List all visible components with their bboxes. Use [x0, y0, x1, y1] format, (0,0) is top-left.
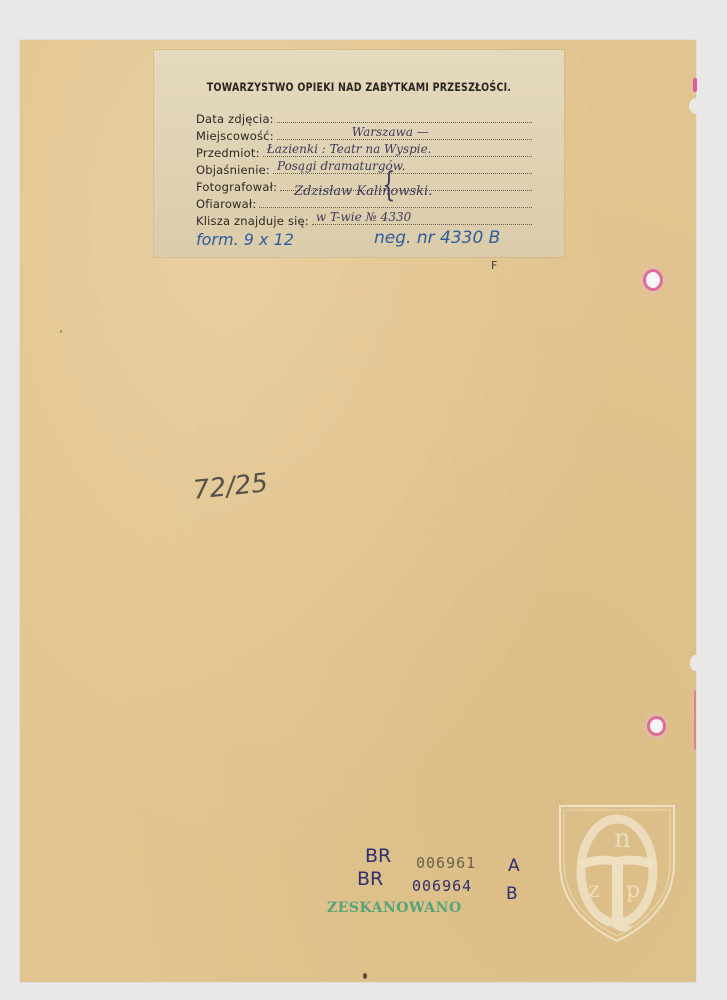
field-label: Miejscowość:	[196, 129, 274, 143]
field-label: Klisza znajduje się:	[196, 214, 309, 228]
stamp-suffix: B	[506, 884, 518, 904]
field-label: Data zdjęcia:	[196, 112, 274, 126]
punch-hole	[646, 272, 660, 288]
field-value: Łazienki : Teatr na Wyspie.	[267, 142, 432, 156]
br-handwritten-prefix: BR	[365, 845, 391, 867]
field-subject: Przedmiot: Łazienki : Teatr na Wyspie.	[196, 144, 532, 160]
edge-notch-bottom	[690, 655, 700, 671]
svg-text:z: z	[588, 878, 600, 903]
pink-edge-mark	[694, 690, 696, 750]
punch-hole	[650, 719, 663, 733]
pink-edge-mark	[693, 78, 697, 92]
field-label: Ofiarował:	[196, 197, 256, 211]
br-handwritten-prefix: BR	[357, 868, 383, 890]
label-title: TOWARZYSTWO OPIEKI NAD ZABYTKAMI PRZESZŁ…	[191, 80, 527, 94]
edge-notch-top	[689, 98, 703, 114]
field-donor: Ofiarował:	[196, 195, 532, 211]
svg-text:n: n	[614, 824, 631, 854]
field-negative-location: Klisza znajduje się: w T-wie № 4330	[196, 212, 532, 228]
stamp-suffix: A	[508, 856, 520, 876]
ink-speck	[60, 330, 62, 333]
ink-speck	[363, 973, 367, 979]
scanned-stamp: ZESKANOWANO	[327, 900, 462, 916]
field-label: Objaśnienie:	[196, 163, 270, 177]
stamp-number: 006961	[416, 854, 476, 872]
brace-mark: {	[382, 168, 395, 202]
field-location: Miejscowość: Warszawa —	[196, 127, 532, 143]
stamp-number: 006964	[412, 877, 472, 895]
field-value: w T-wie № 4330	[316, 210, 411, 224]
field-label: Przedmiot:	[196, 146, 260, 160]
field-date: Data zdjęcia:	[196, 110, 532, 126]
svg-text:p: p	[626, 878, 640, 903]
field-explanation: Objaśnienie: Posągi dramaturgów.	[196, 161, 532, 177]
catalog-label: TOWARZYSTWO OPIEKI NAD ZABYTKAMI PRZESZŁ…	[154, 50, 564, 257]
negative-number-note: neg. nr 4330 B	[374, 228, 500, 248]
field-label: Fotografował:	[196, 180, 277, 194]
field-value: Warszawa —	[352, 125, 429, 139]
field-photographer: Fotografował: Zdzisław Kalinowski.	[196, 178, 532, 194]
format-note: form. 9 x 12	[196, 230, 294, 249]
tonzp-shield-watermark-icon: n z p	[556, 803, 678, 945]
letter-f-annotation: F	[491, 259, 497, 272]
